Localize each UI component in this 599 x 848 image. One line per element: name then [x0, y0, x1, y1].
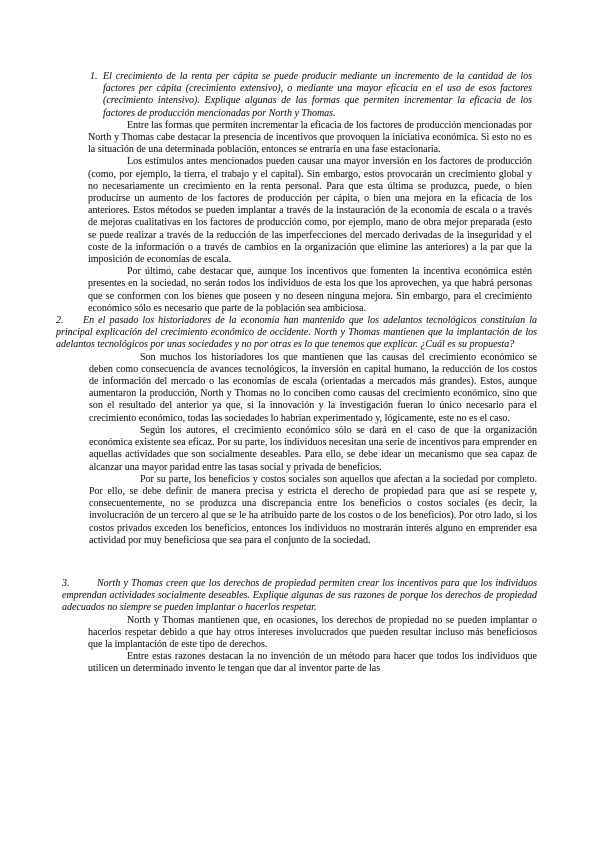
question-text: North y Thomas creen que los derechos de… [62, 578, 537, 613]
question-item-3: 3.North y Thomas creen que los derechos … [0, 578, 599, 676]
question-paragraph: 2.En el pasado los historiadores de la e… [56, 315, 537, 352]
item-number: 3. [62, 578, 97, 590]
question-text: El crecimiento de la renta per cápita se… [103, 71, 532, 119]
answer-paragraph: Entre estas razones destacan la no inven… [88, 651, 537, 675]
answer-paragraph: Por último, cabe destacar que, aunque lo… [88, 266, 532, 315]
answer-block: Son muchos los historiadores los que man… [0, 352, 599, 547]
document-page: 1. El crecimiento de la renta per cápita… [0, 0, 599, 848]
answer-paragraph: North y Thomas mantienen que, en ocasion… [88, 615, 537, 652]
item-number: 1. [90, 71, 98, 83]
question-paragraph: 3.North y Thomas creen que los derechos … [62, 578, 537, 615]
question-paragraph: 1. El crecimiento de la renta per cápita… [103, 71, 532, 120]
answer-paragraph: Según los autores, el crecimiento económ… [89, 425, 537, 474]
answer-paragraph: Entre las formas que permiten incrementa… [88, 120, 532, 157]
answer-paragraph: Los estímulos antes mencionados pueden c… [88, 156, 532, 266]
answer-block: North y Thomas mantienen que, en ocasion… [0, 615, 599, 676]
answer-block: Entre las formas que permiten incrementa… [0, 120, 599, 315]
question-item-1: 1. El crecimiento de la renta per cápita… [0, 71, 599, 315]
item-number: 2. [56, 315, 83, 327]
answer-paragraph: Por su parte, los beneficios y costos so… [89, 474, 537, 547]
answer-paragraph: Son muchos los historiadores los que man… [89, 352, 537, 425]
question-text: En el pasado los historiadores de la eco… [56, 315, 537, 350]
document-body: 1. El crecimiento de la renta per cápita… [0, 71, 599, 676]
question-item-2: 2.En el pasado los historiadores de la e… [0, 315, 599, 547]
